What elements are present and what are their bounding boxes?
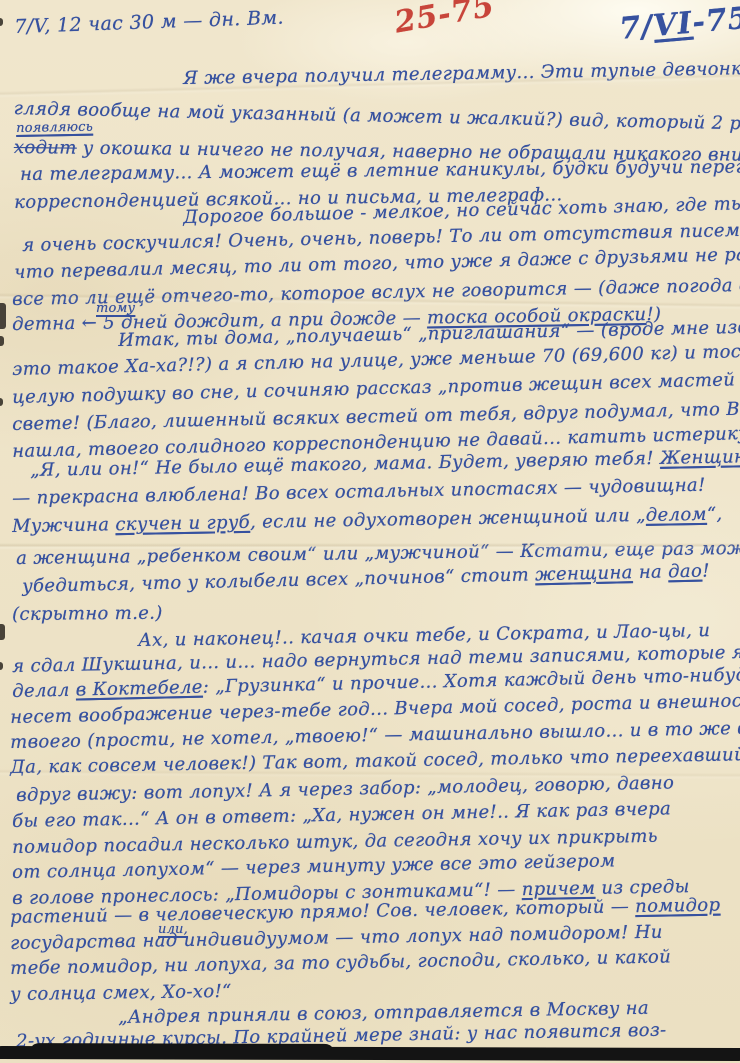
scan-edge-mark: [0, 336, 4, 346]
scan-edge-mark: [0, 398, 3, 406]
underlined-text: делом: [646, 504, 707, 526]
underlined-text: в Коктебеле: [76, 677, 203, 701]
scan-edge-mark: [0, 624, 5, 640]
underlined-text: помидор: [635, 895, 721, 917]
letter-line: на телеграмму... А может ещё в летние ка…: [20, 156, 740, 185]
header-timestamp: 7/V, 12 час 30 м — дн. Вм.: [14, 7, 284, 38]
scan-edge-mark: [0, 303, 6, 329]
letter-line: появляюсь: [16, 120, 93, 136]
scan-bottom-edge: [0, 1046, 740, 1061]
letter-line: у солнца смех, Хо-хо!“: [10, 981, 232, 1005]
letter-line: — прекрасна влюблена! Во всех остальных …: [12, 475, 706, 509]
scanned-letter-page: 7/V, 12 час 30 м — дн. Вм. 25-75 7/VI-75…: [0, 0, 740, 1063]
struck-text: ходит: [14, 137, 77, 159]
letter-line: глядя вообще на мой указанный (а может и…: [14, 98, 740, 136]
underlined-text: дао: [668, 561, 702, 583]
underlined-text: Женщина: [660, 446, 740, 469]
letter-date-day: 7/: [618, 9, 655, 47]
letter-date-month: VI: [652, 6, 694, 44]
scan-edge-mark: [0, 18, 3, 26]
scan-edge-mark: [0, 662, 3, 670]
letter-line: (скрытно т.е.): [12, 603, 163, 625]
underlined-text: скучен и груб: [115, 512, 250, 535]
letter-date-year: -75: [691, 1, 740, 41]
archive-number-stamp: 25-75: [392, 0, 497, 40]
underlined-text: появляюсь: [16, 120, 93, 136]
underlined-text: женщина: [535, 562, 633, 585]
letter-line: Мужчина скучен и груб, если не одухотвор…: [12, 504, 723, 537]
letter-line: Я же вчера получил телеграмму... Эти туп…: [183, 56, 740, 89]
letter-date: 7/VI-75: [618, 1, 740, 47]
